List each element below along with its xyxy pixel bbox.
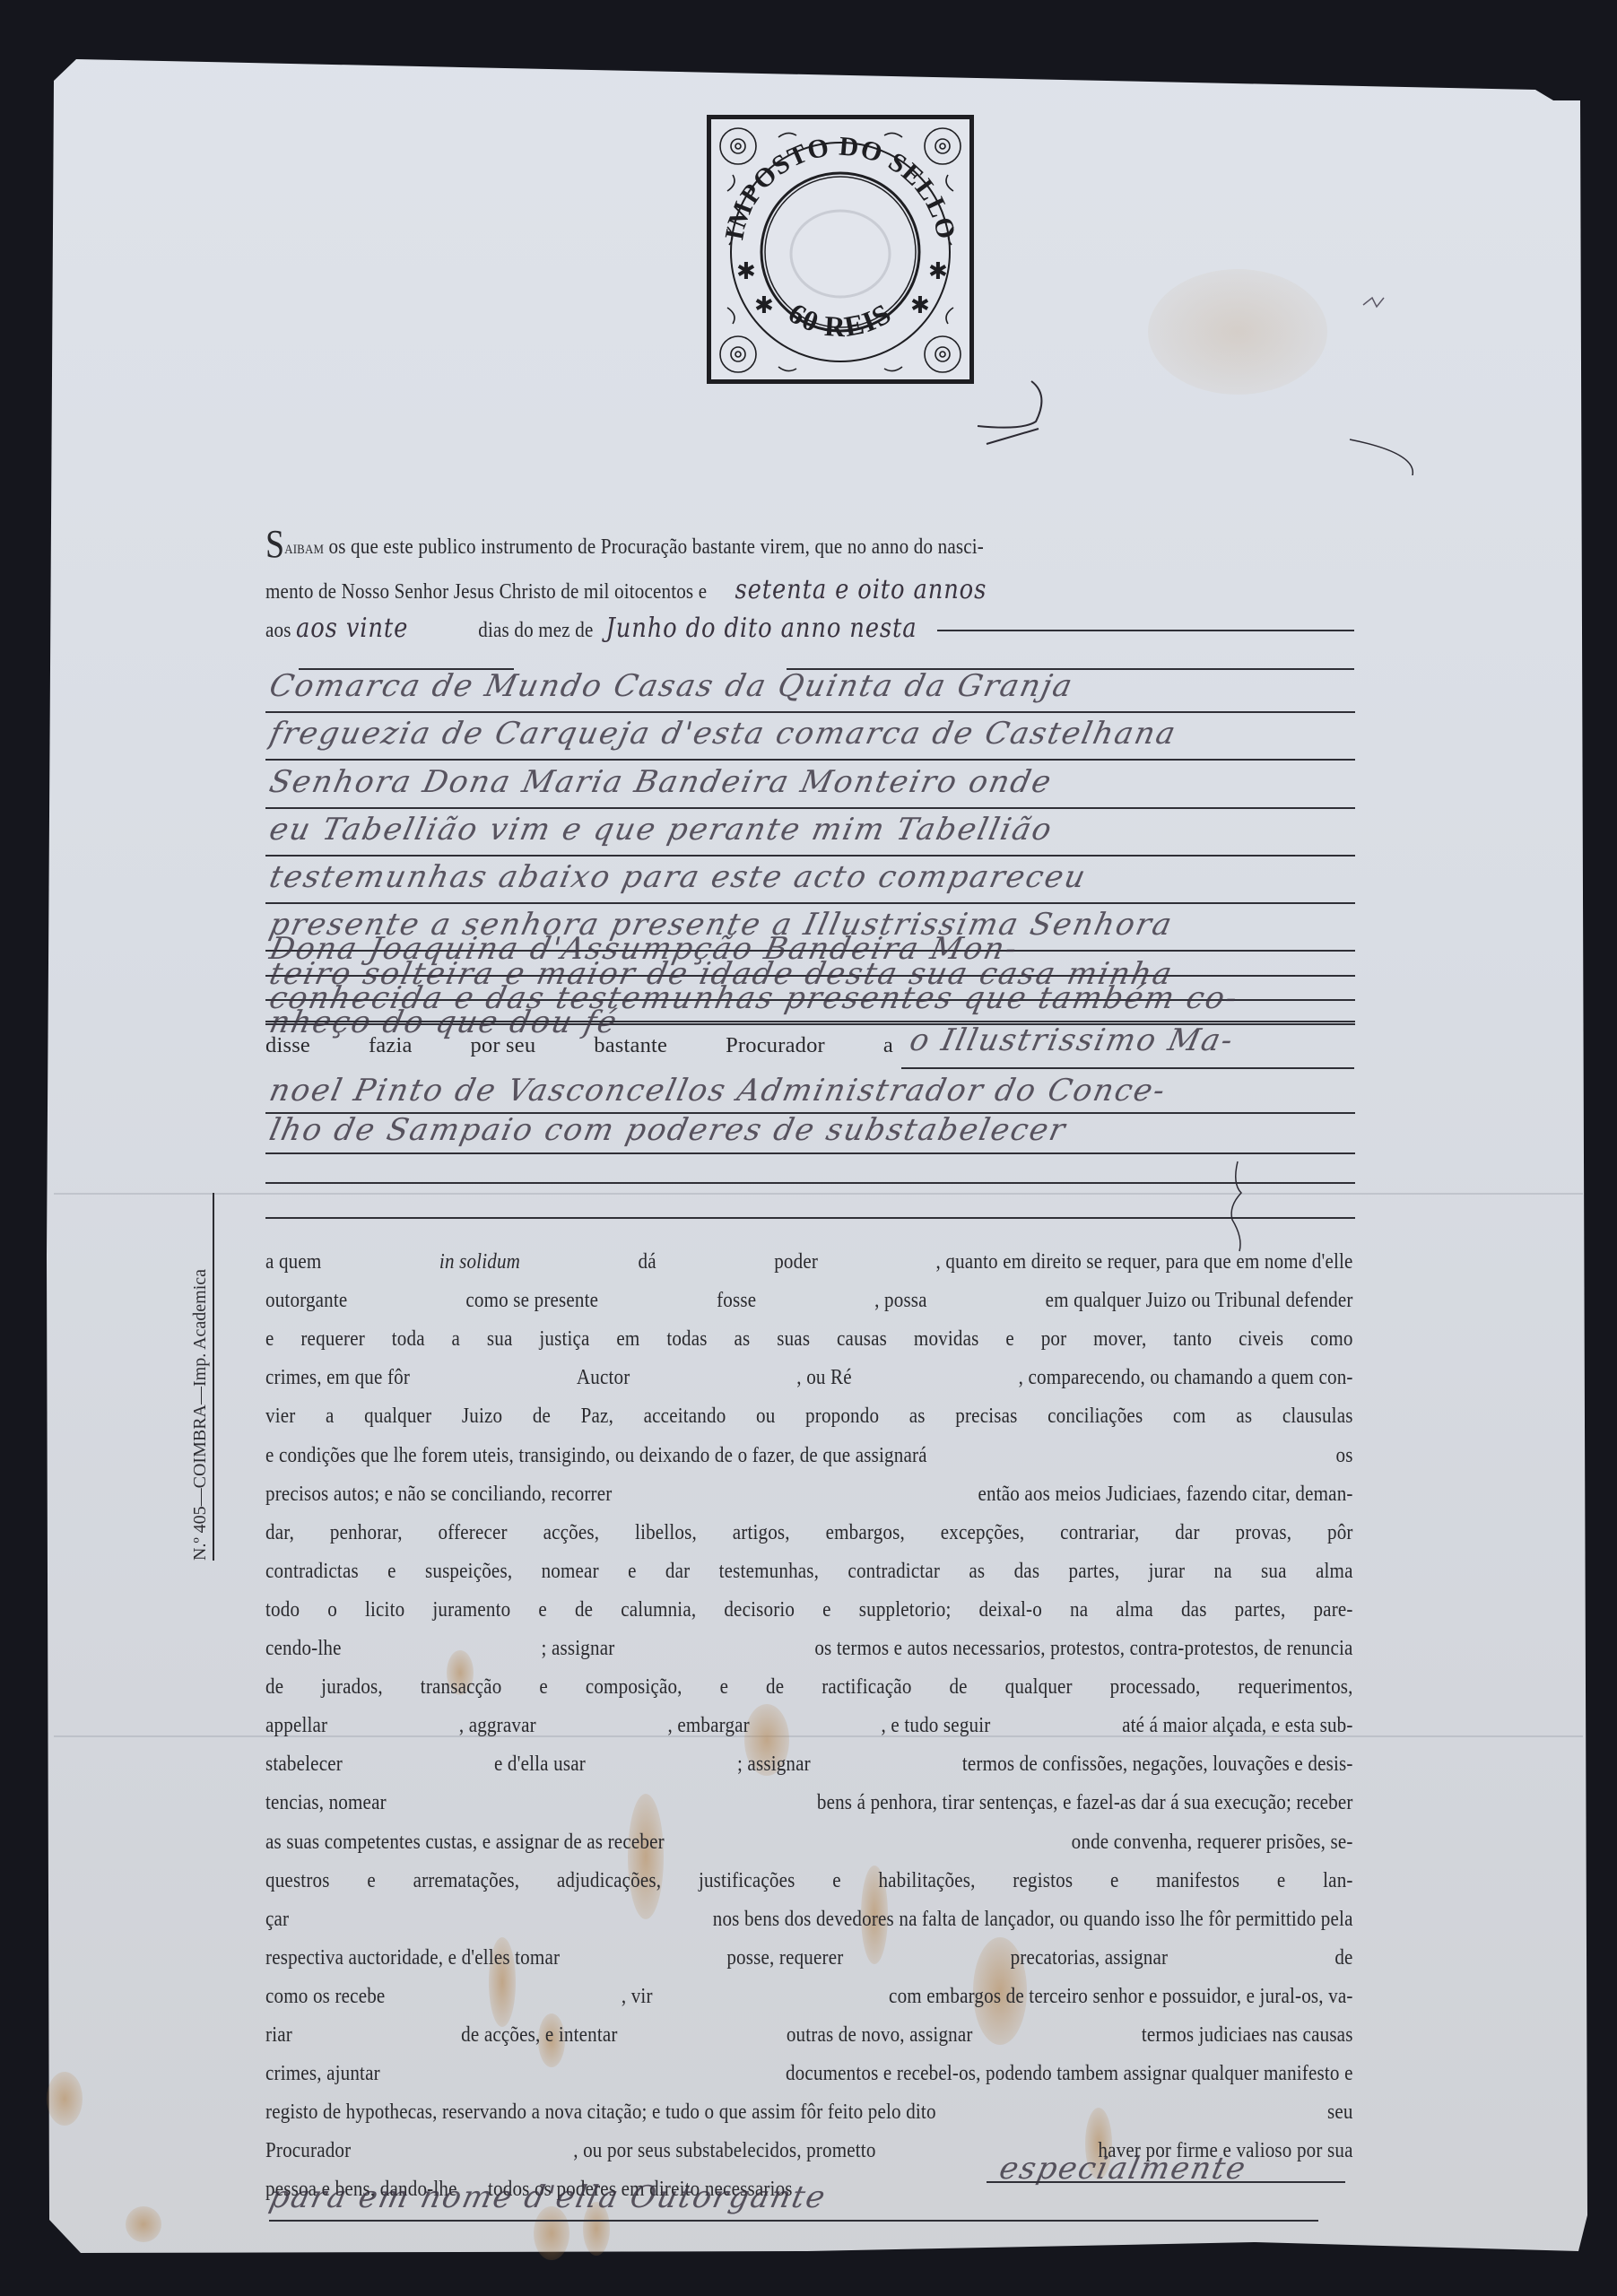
body-text-segment: outorgante bbox=[265, 1288, 347, 1313]
body-text-segment: onde convenha, requerer prisões, se- bbox=[1072, 1830, 1353, 1855]
body-text-segment: ; assignar bbox=[737, 1752, 811, 1777]
body-line: cendo-lhe; assignaros termos e autos nec… bbox=[265, 1636, 1353, 1661]
body-line: tencias, nomearbens á penhora, tirar sen… bbox=[265, 1790, 1353, 1815]
body-text-segment: os bbox=[1336, 1443, 1353, 1468]
body-text-segment: , aggravar bbox=[459, 1713, 536, 1738]
fill-line bbox=[265, 902, 1355, 904]
body-text-segment: e d'ella usar bbox=[494, 1752, 586, 1777]
fill-line bbox=[265, 711, 1355, 713]
body-text-segment: documentos e recebel-os, podendo tambem … bbox=[786, 2061, 1353, 2086]
handwritten-line: testemunhas abaixo para este acto compar… bbox=[265, 859, 1363, 899]
body-line: çarnos bens dos devedores na falta de la… bbox=[265, 1907, 1353, 1932]
body-line: a quem in solidum dápoder, quanto em dir… bbox=[265, 1249, 1353, 1274]
fill-line bbox=[265, 759, 1355, 761]
body-text-segment: posse, requerer bbox=[726, 1945, 843, 1970]
svg-text:✱: ✱ bbox=[910, 292, 930, 319]
body-text-segment: os termos e autos necessarios, protestos… bbox=[814, 1636, 1352, 1661]
body-text-segment: a quem bbox=[265, 1249, 321, 1274]
body-text-segment: até á maior alçada, e esta sub- bbox=[1122, 1713, 1352, 1738]
body-text-segment: contradictas e suspeições, nomear e dar … bbox=[265, 1559, 1353, 1584]
body-text-segment: fosse bbox=[717, 1288, 756, 1313]
fill-line bbox=[265, 1182, 1355, 1184]
stamp-seal-icon: IMPOSTO DO SELLO 60 REIS ✱ ✱ ✱ ✱ bbox=[711, 119, 969, 379]
body-line: contradictas e suspeições, nomear e dar … bbox=[265, 1559, 1353, 1584]
opening-line-2: mento de Nosso Senhor Jesus Christo de m… bbox=[265, 574, 1203, 605]
body-text-segment: dá bbox=[639, 1249, 656, 1274]
body-text-segment: ; assignar bbox=[542, 1636, 615, 1661]
handwritten-year: setenta e oito annos bbox=[735, 574, 987, 605]
body-line: riarde acções, e intentaroutras de novo,… bbox=[265, 2022, 1353, 2048]
fill-line bbox=[901, 1067, 1354, 1069]
body-text-segment: e condições que lhe forem uteis, transig… bbox=[265, 1443, 927, 1468]
body-text-segment: seu bbox=[1327, 2100, 1353, 2125]
stain bbox=[47, 2072, 83, 2126]
fill-line bbox=[269, 2220, 1318, 2222]
svg-text:60 REIS: 60 REIS bbox=[783, 296, 898, 343]
body-text-segment: Procurador bbox=[265, 2138, 351, 2163]
body-text-segment: como se presente bbox=[465, 1288, 598, 1313]
body-text-segment: poder bbox=[774, 1249, 818, 1274]
body-text-segment: riar bbox=[265, 2022, 292, 2048]
body-text-segment: cendo-lhe bbox=[265, 1636, 342, 1661]
body-text-segment: stabelecer bbox=[265, 1752, 343, 1777]
handwritten-month: Junho do dito anno nesta bbox=[606, 613, 917, 644]
body-text-segment: e requerer toda a sua justiça em todas a… bbox=[265, 1326, 1353, 1352]
body-text-segment: questros e arrematações, adjudicações, j… bbox=[265, 1868, 1353, 1893]
body-line: crimes, ajuntardocumentos e recebel-os, … bbox=[265, 2061, 1353, 2086]
body-text-segment: , embargar bbox=[667, 1713, 749, 1738]
body-text-segment: outras de novo, assignar bbox=[787, 2022, 973, 2048]
body-text-segment: bens á penhora, tirar sentenças, e fazel… bbox=[817, 1790, 1353, 1815]
handwritten-procurador: o Illustrissimo Ma- bbox=[906, 1022, 1416, 1062]
handwritten-day: aos vinte bbox=[296, 613, 474, 644]
body-text-segment: tencias, nomear bbox=[265, 1790, 387, 1815]
body-text-segment: çar bbox=[265, 1907, 289, 1932]
body-line: precisos autos; e não se conciliando, re… bbox=[265, 1482, 1353, 1507]
body-line: e requerer toda a sua justiça em todas a… bbox=[265, 1326, 1353, 1352]
body-line: as suas competentes custas, e assignar d… bbox=[265, 1830, 1353, 1855]
handwritten-line: freguezia de Carqueja d'esta comarca de … bbox=[265, 716, 1363, 755]
body-text-segment: todo o licito juramento e de calumnia, d… bbox=[265, 1597, 1353, 1622]
body-text-segment: appellar bbox=[265, 1713, 327, 1738]
body-text-segment: , ou por seus substabelecidos, prometto bbox=[573, 2138, 875, 2163]
body-line: registo de hypothecas, reservando a nova… bbox=[265, 2100, 1353, 2125]
body-line: stabelecere d'ella usar; assignartermos … bbox=[265, 1752, 1353, 1777]
handwritten-procurador: noel Pinto de Vasconcellos Administrador… bbox=[265, 1073, 1363, 1112]
body-line: outorgantecomo se presentefosse, possaem… bbox=[265, 1288, 1353, 1313]
handwritten-closing: para em nome d'ella Outorgante bbox=[265, 2179, 1363, 2219]
opening-smallcaps: aibam bbox=[284, 535, 324, 558]
handwritten-line: Comarca de Mundo Casas da Quinta da Gran… bbox=[265, 668, 1363, 708]
body-line: appellar, aggravar, embargar, e tudo seg… bbox=[265, 1713, 1353, 1738]
dropcap: S bbox=[265, 522, 284, 566]
svg-text:✱: ✱ bbox=[736, 258, 756, 285]
body-line: de jurados, transacção e composição, e d… bbox=[265, 1674, 1353, 1700]
body-line: dar, penhorar, offerecer acções, libello… bbox=[265, 1520, 1353, 1545]
body-line: respectiva auctoridade, e d'elles tomarp… bbox=[265, 1945, 1353, 1970]
body-text-segment: Auctor bbox=[577, 1365, 630, 1390]
body-text-segment: precatorias, assignar bbox=[1011, 1945, 1169, 1970]
printer-imprint: N.º 405—COIMBRA—Imp. Academica bbox=[190, 1193, 214, 1561]
fill-line bbox=[265, 807, 1355, 809]
body-text-segment: registo de hypothecas, reservando a nova… bbox=[265, 2100, 936, 2125]
body-line: crimes, em que fôrAuctor, ou Ré, compare… bbox=[265, 1365, 1353, 1390]
fill-line bbox=[265, 855, 1355, 857]
body-line: como os recebe, vircom embargos de terce… bbox=[265, 1984, 1353, 2009]
body-text-segment: vier a qualquer Juizo de Paz, acceitando… bbox=[265, 1404, 1353, 1429]
pen-flourish-icon bbox=[969, 296, 1471, 475]
opening-text: os que este publico instrumento de Procu… bbox=[329, 535, 984, 559]
handwritten-line: eu Tabellião vim e que perante mim Tabel… bbox=[265, 812, 1363, 851]
body-text-segment: de jurados, transacção e composição, e d… bbox=[265, 1674, 1353, 1700]
body-line: vier a qualquer Juizo de Paz, acceitando… bbox=[265, 1404, 1353, 1429]
body-text-segment: com embargos de terceiro senhor e possui… bbox=[889, 1984, 1353, 2009]
body-text-segment: , ou Ré bbox=[796, 1365, 851, 1390]
body-text-segment: , quanto em direito se requer, para que … bbox=[936, 1249, 1353, 1274]
body-text-segment: , e tudo seguir bbox=[882, 1713, 991, 1738]
body-text-segment: crimes, em que fôr bbox=[265, 1365, 410, 1390]
tax-stamp: IMPOSTO DO SELLO 60 REIS ✱ ✱ ✱ ✱ bbox=[707, 115, 974, 384]
body-text-segment: como os recebe bbox=[265, 1984, 385, 2009]
body-text-segment: precisos autos; e não se conciliando, re… bbox=[265, 1482, 612, 1507]
body-text-segment: de acções, e intentar bbox=[461, 2022, 617, 2048]
opening-line-3: aos aos vinte dias do mez de Junho do di… bbox=[265, 613, 1203, 644]
body-text-segment: então aos meios Judiciaes, fazendo citar… bbox=[978, 1482, 1352, 1507]
bracket-flourish-icon bbox=[1220, 1157, 1256, 1256]
body-text-segment: nos bens dos devedores na falta de lança… bbox=[713, 1907, 1353, 1932]
body-text-segment: em qualquer Juizo ou Tribunal defender bbox=[1046, 1288, 1353, 1313]
opening-line-1: Saibam os que este publico instrumento d… bbox=[265, 535, 1203, 560]
body-text-segment: de bbox=[1334, 1945, 1352, 1970]
body-text-segment: dar, penhorar, offerecer acções, libello… bbox=[265, 1520, 1353, 1545]
body-text-segment: termos judiciaes nas causas bbox=[1142, 2022, 1353, 2048]
svg-text:✱: ✱ bbox=[754, 292, 774, 319]
body-text-segment: as suas competentes custas, e assignar d… bbox=[265, 1830, 665, 1855]
body-text-segment: , comparecendo, ou chamando a quem con- bbox=[1019, 1365, 1353, 1390]
body-text-segment: in solidum bbox=[439, 1249, 520, 1274]
fold-crease bbox=[54, 1193, 1583, 1195]
handwritten-procurador: lho de Sampaio com poderes de substabele… bbox=[265, 1112, 1363, 1152]
body-text-segment: respectiva auctoridade, e d'elles tomar bbox=[265, 1945, 560, 1970]
body-line: questros e arrematações, adjudicações, j… bbox=[265, 1868, 1353, 1893]
handwritten-line: Senhora Dona Maria Bandeira Monteiro ond… bbox=[265, 764, 1363, 804]
body-text-segment: crimes, ajuntar bbox=[265, 2061, 380, 2086]
fill-line bbox=[265, 1152, 1355, 1154]
fill-line bbox=[265, 1217, 1355, 1219]
body-line: todo o licito juramento e de calumnia, d… bbox=[265, 1597, 1353, 1622]
svg-text:✱: ✱ bbox=[928, 258, 948, 285]
stain bbox=[126, 2206, 161, 2242]
body-text-segment: , vir bbox=[622, 1984, 653, 2009]
body-line: e condições que lhe forem uteis, transig… bbox=[265, 1443, 1353, 1468]
procurador-line: disse fazia por seu bastante Procurador … bbox=[265, 1033, 1001, 1058]
body-text-segment: termos de confissões, negações, louvaçõe… bbox=[962, 1752, 1353, 1777]
body-text-segment: , possa bbox=[874, 1288, 927, 1313]
